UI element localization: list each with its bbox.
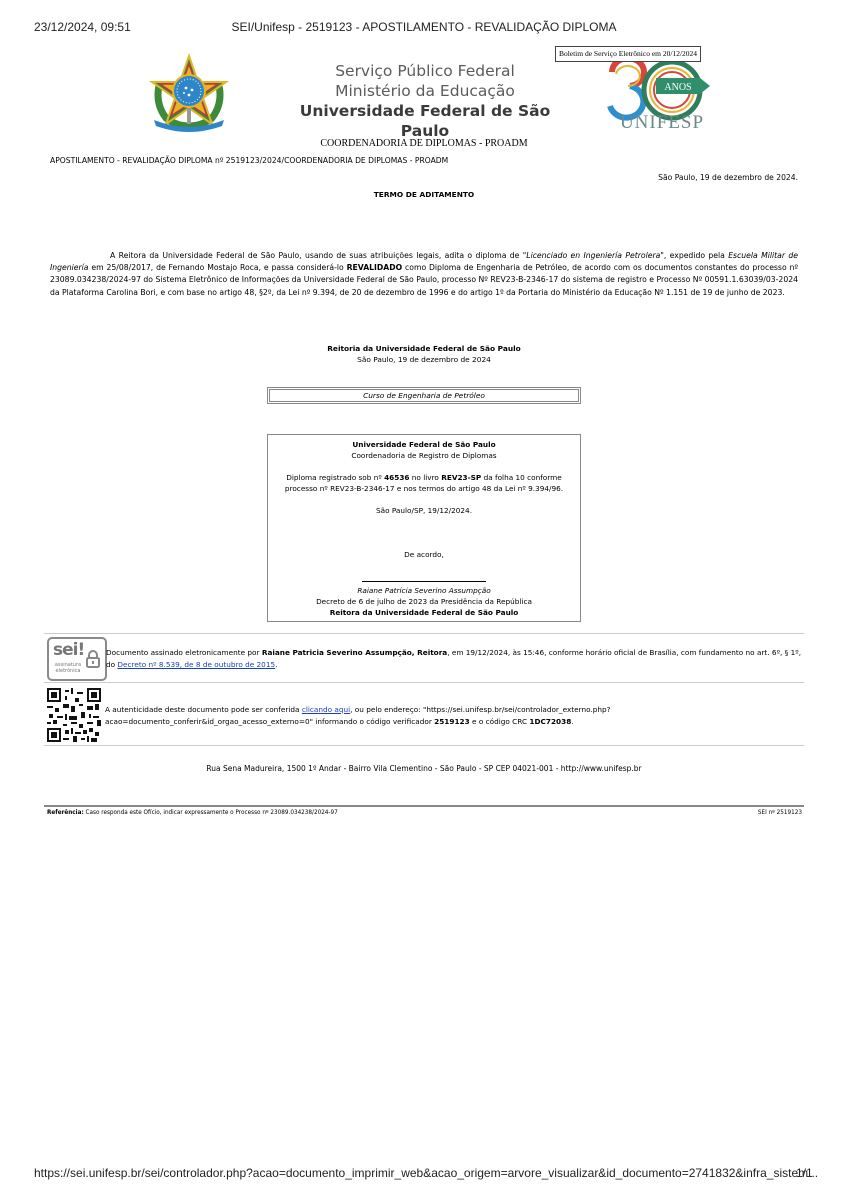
footer-reference-label: Referência: xyxy=(47,810,84,816)
registro-place-date: São Paulo/SP, 19/12/2024. xyxy=(268,505,580,516)
curso-box: Curso de Engenharia de Petróleo xyxy=(267,387,581,404)
registro-signer: Raiane Patrícia Severino Assumpção xyxy=(268,585,580,596)
document-date: São Paulo, 19 de dezembro de 2024. xyxy=(658,173,798,182)
registro-text: Diploma registrado sob nº 46536 no livro… xyxy=(268,472,580,494)
footer-sei-number: SEI nº 2519123 xyxy=(758,810,802,816)
divider xyxy=(44,682,804,683)
sei-badge-caption-2: eletrônica xyxy=(53,668,83,674)
registro-text-2: no livro xyxy=(409,473,441,482)
signature-text-3: . xyxy=(275,660,277,669)
header-line-3: Universidade Federal de São Paulo xyxy=(280,101,570,141)
footer-reference: Referência: Caso responda este Ofício, i… xyxy=(47,810,338,816)
brazil-coat-of-arms-icon xyxy=(146,52,232,134)
authenticity-text-4: . xyxy=(571,717,573,726)
sei-logo-text: sei! xyxy=(53,640,84,660)
header-line-2: Ministério da Educação xyxy=(280,81,570,101)
svg-text:ANOS: ANOS xyxy=(664,82,691,93)
sei-badge-caption: assinatura eletrônica xyxy=(53,662,83,674)
qr-code-icon xyxy=(47,688,101,742)
status-revalidado: REVALIDADO xyxy=(347,263,403,272)
registro-livro: REV23-SP xyxy=(441,473,481,482)
body-text-1: A Reitora da Universidade Federal de São… xyxy=(110,251,526,260)
registro-acordo: De acordo, xyxy=(268,549,580,560)
document-heading: TERMO DE ADITAMENTO xyxy=(0,190,848,199)
unifesp-wordmark: UNIFESP xyxy=(612,112,712,134)
signature-signer: Raiane Patricia Severino Assumpção, Reit… xyxy=(262,648,447,657)
reitoria-title: Reitoria da Universidade Federal de São … xyxy=(0,343,848,354)
signature-line xyxy=(362,575,486,582)
body-text-3: em 25/08/2017, de Fernando Mostajo Roca,… xyxy=(89,263,347,272)
diploma-name: Licenciado en Ingeniería Petrolera xyxy=(526,251,660,260)
print-footer-url: https://sei.unifesp.br/sei/controlador.p… xyxy=(34,1166,818,1180)
print-page-title: SEI/Unifesp - 2519123 - APOSTILAMENTO - … xyxy=(0,20,848,34)
authenticity-text-1: A autenticidade deste documento pode ser… xyxy=(105,705,302,714)
registro-text-1: Diploma registrado sob nº xyxy=(286,473,384,482)
document-reference: APOSTILAMENTO - REVALIDAÇÃO DIPLOMA nº 2… xyxy=(50,156,448,165)
footer-rule xyxy=(44,805,804,807)
print-page-number: 1/1 xyxy=(796,1166,813,1180)
divider xyxy=(44,745,804,746)
crc-code: 1DC72038 xyxy=(529,717,571,726)
registro-role: Reitora da Universidade Federal de São P… xyxy=(268,607,580,618)
verifier-code: 2519123 xyxy=(434,717,470,726)
boletim-stamp: Boletim de Serviço Eletrônico em 20/12/2… xyxy=(555,46,701,62)
verify-link[interactable]: clicando aqui xyxy=(302,705,350,714)
sei-signature-badge: sei! assinatura eletrônica xyxy=(47,637,107,681)
coordenadoria-title: COORDENADORIA DE DIPLOMAS - PROADM xyxy=(0,138,848,149)
registro-subtitle: Coordenadoria de Registro de Diplomas xyxy=(268,450,580,461)
reitoria-date: São Paulo, 19 de dezembro de 2024 xyxy=(0,354,848,365)
lock-icon xyxy=(85,649,101,669)
decree-link[interactable]: Decreto nº 8.539, de 8 de outubro de 201… xyxy=(117,660,275,669)
divider xyxy=(44,633,804,634)
authenticity-text: A autenticidade deste documento pode ser… xyxy=(105,704,805,728)
registro-decree: Decreto de 6 de julho de 2023 da Presidê… xyxy=(268,596,580,607)
letterhead-text: Serviço Público Federal Ministério da Ed… xyxy=(280,61,570,141)
registro-numero: 46536 xyxy=(384,473,409,482)
body-text-2: ", expedido pela xyxy=(660,251,728,260)
body-paragraph: A Reitora da Universidade Federal de São… xyxy=(50,250,798,299)
header-line-1: Serviço Público Federal xyxy=(280,61,570,81)
signature-text: Documento assinado eletronicamente por R… xyxy=(106,647,806,671)
registro-box: Universidade Federal de São Paulo Coorde… xyxy=(267,434,581,622)
registro-title: Universidade Federal de São Paulo xyxy=(268,439,580,450)
authenticity-text-3: e o código CRC xyxy=(470,717,530,726)
reitoria-block: Reitoria da Universidade Federal de São … xyxy=(0,343,848,365)
footer-reference-text: Caso responda este Ofício, indicar expre… xyxy=(84,810,338,816)
signature-text-1: Documento assinado eletronicamente por xyxy=(106,648,262,657)
institution-address: Rua Sena Madureira, 1500 1º Andar - Bair… xyxy=(0,764,848,773)
